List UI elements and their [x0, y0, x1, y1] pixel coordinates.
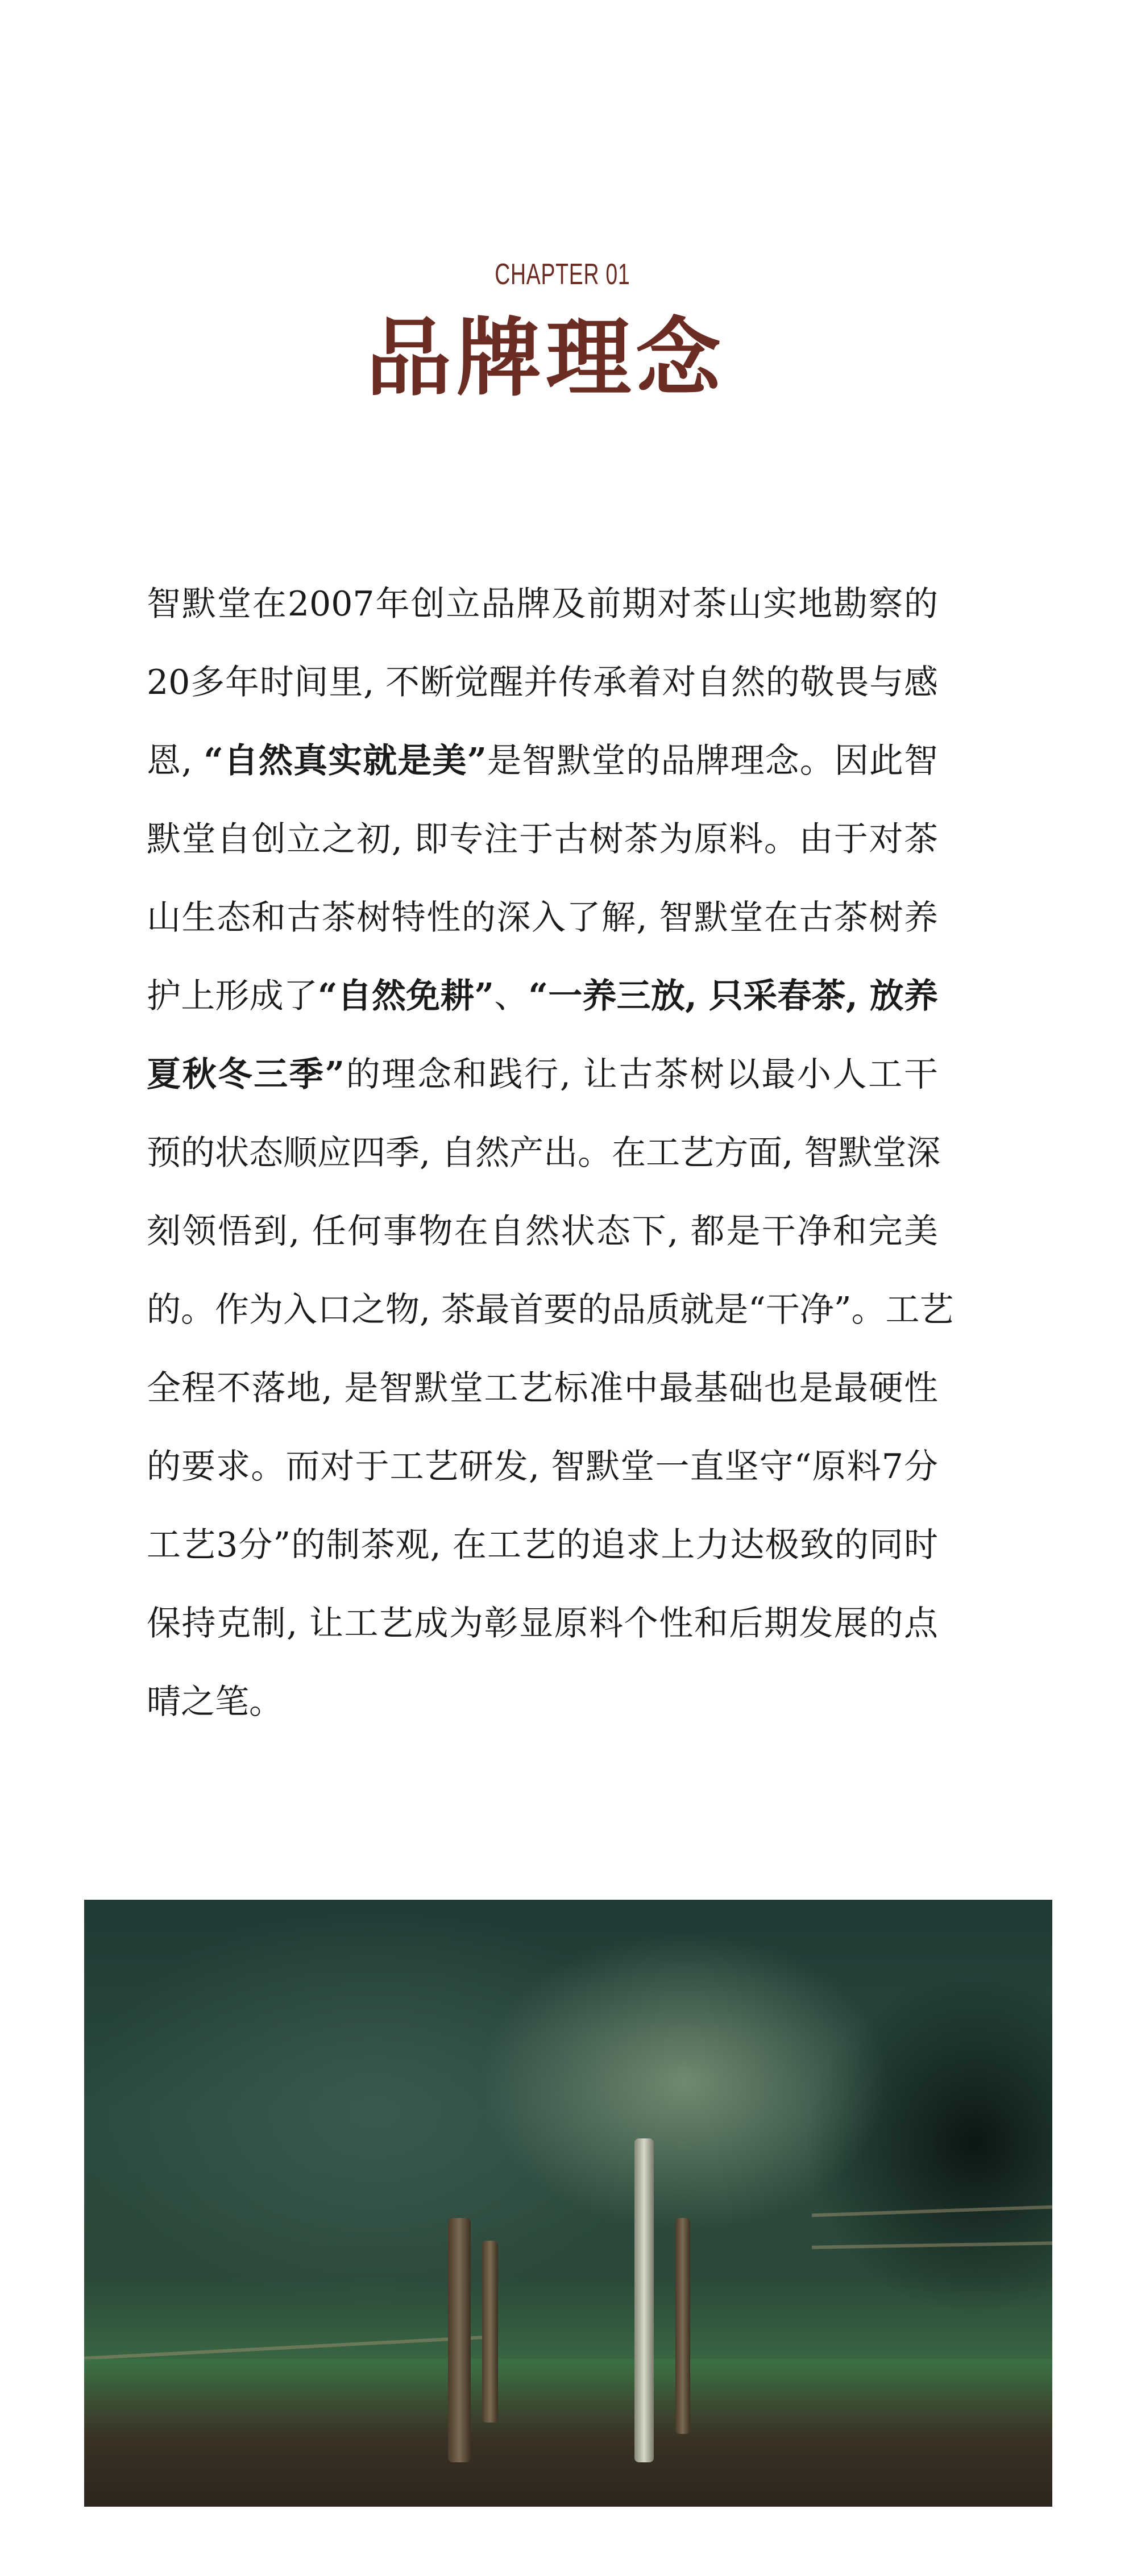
brand-philosophy-page: CHAPTER 01 品牌理念 智默堂在2007年创立品牌及前期对茶山实地勘察的…	[0, 0, 1137, 2576]
paragraph-text: 全程不落地, 是智默堂工艺标准中最基础也是最硬性	[147, 1368, 938, 1408]
emphasis-text: “自然免耕”	[318, 976, 494, 1016]
paragraph-text: 工艺3分”的制茶观, 在工艺的追求上力达极致的同时	[147, 1525, 938, 1565]
paragraph-line: 恩, “自然真实就是美”是智默堂的品牌理念。因此智	[147, 722, 938, 800]
paragraph-line: 夏秋冬三季”的理念和践行, 让古茶树以最小人工干	[147, 1035, 938, 1114]
paragraph-line: 护上形成了“自然免耕”、“一养三放, 只采春茶, 放养	[147, 957, 938, 1035]
paragraph-text: 刻领悟到, 任何事物在自然状态下, 都是干净和完美	[147, 1212, 938, 1251]
paragraph-text: 的。作为入口之物, 茶最首要的品质就是“干净”。工艺	[147, 1290, 954, 1330]
paragraph-text: 晴之笔。	[147, 1682, 283, 1722]
emphasis-text: 夏秋冬三季”	[147, 1055, 345, 1095]
paragraph-text: 、	[494, 976, 528, 1016]
paragraph-line: 智默堂在2007年创立品牌及前期对茶山实地勘察的	[147, 565, 938, 643]
paragraph-line: 晴之笔。	[147, 1663, 938, 1741]
paragraph-line: 刻领悟到, 任何事物在自然状态下, 都是干净和完美	[147, 1192, 938, 1271]
paragraph-text: 的要求。而对于工艺研发, 智默堂一直坚守“原料7分	[147, 1447, 938, 1487]
paragraph-text: 预的状态顺应四季, 自然产出。在工艺方面, 智默堂深	[147, 1133, 940, 1173]
bamboo-fence	[812, 2205, 1052, 2217]
chapter-label: CHAPTER 01	[153, 259, 972, 290]
paragraph-line: 山生态和古茶树特性的深入了解, 智默堂在古茶树养	[147, 879, 938, 957]
paragraph-line: 预的状态顺应四季, 自然产出。在工艺方面, 智默堂深	[147, 1114, 938, 1192]
paragraph-text: 默堂自创立之初, 即专注于古树茶为原料。由于对茶	[147, 819, 938, 859]
tree-trunk	[634, 2138, 654, 2462]
emphasis-text: “一养三放, 只采春茶, 放养	[529, 976, 939, 1016]
paragraph-text: 护上形成了	[147, 976, 318, 1016]
paragraph-line: 20多年时间里, 不断觉醒并传承着对自然的敬畏与感	[147, 643, 938, 722]
paragraph-text: 20多年时间里, 不断觉醒并传承着对自然的敬畏与感	[147, 663, 938, 702]
paragraph-text: 山生态和古茶树特性的深入了解, 智默堂在古茶树养	[147, 898, 938, 938]
paragraph-text: 是智默堂的品牌理念。因此智	[487, 741, 938, 781]
paragraph-text: 智默堂在2007年创立品牌及前期对茶山实地勘察的	[147, 584, 938, 624]
tree-trunk	[675, 2218, 690, 2434]
emphasis-text: “自然真实就是美”	[204, 741, 487, 781]
ancient-tea-tree-photo	[84, 1900, 1052, 2507]
bamboo-fence	[84, 2335, 493, 2360]
paragraph-text: 保持克制, 让工艺成为彰显原料个性和后期发展的点	[147, 1604, 938, 1643]
ground	[84, 2359, 1052, 2507]
paragraph-line: 保持克制, 让工艺成为彰显原料个性和后期发展的点	[147, 1584, 938, 1663]
bamboo-fence	[812, 2241, 1052, 2249]
paragraph-line: 的要求。而对于工艺研发, 智默堂一直坚守“原料7分	[147, 1428, 938, 1506]
tree-trunk	[482, 2241, 498, 2423]
paragraph-text: 恩,	[147, 741, 204, 781]
paragraph-text: 的理念和践行, 让古茶树以最小人工干	[345, 1055, 938, 1095]
paragraph-line: 的。作为入口之物, 茶最首要的品质就是“干净”。工艺	[147, 1271, 938, 1349]
paragraph-line: 工艺3分”的制茶观, 在工艺的追求上力达极致的同时	[147, 1506, 938, 1584]
page-title: 品牌理念	[0, 307, 1092, 409]
brand-philosophy-paragraph: 智默堂在2007年创立品牌及前期对茶山实地勘察的20多年时间里, 不断觉醒并传承…	[147, 565, 938, 1741]
tree-trunk	[448, 2218, 471, 2462]
paragraph-line: 默堂自创立之初, 即专注于古树茶为原料。由于对茶	[147, 800, 938, 879]
paragraph-line: 全程不落地, 是智默堂工艺标准中最基础也是最硬性	[147, 1349, 938, 1428]
